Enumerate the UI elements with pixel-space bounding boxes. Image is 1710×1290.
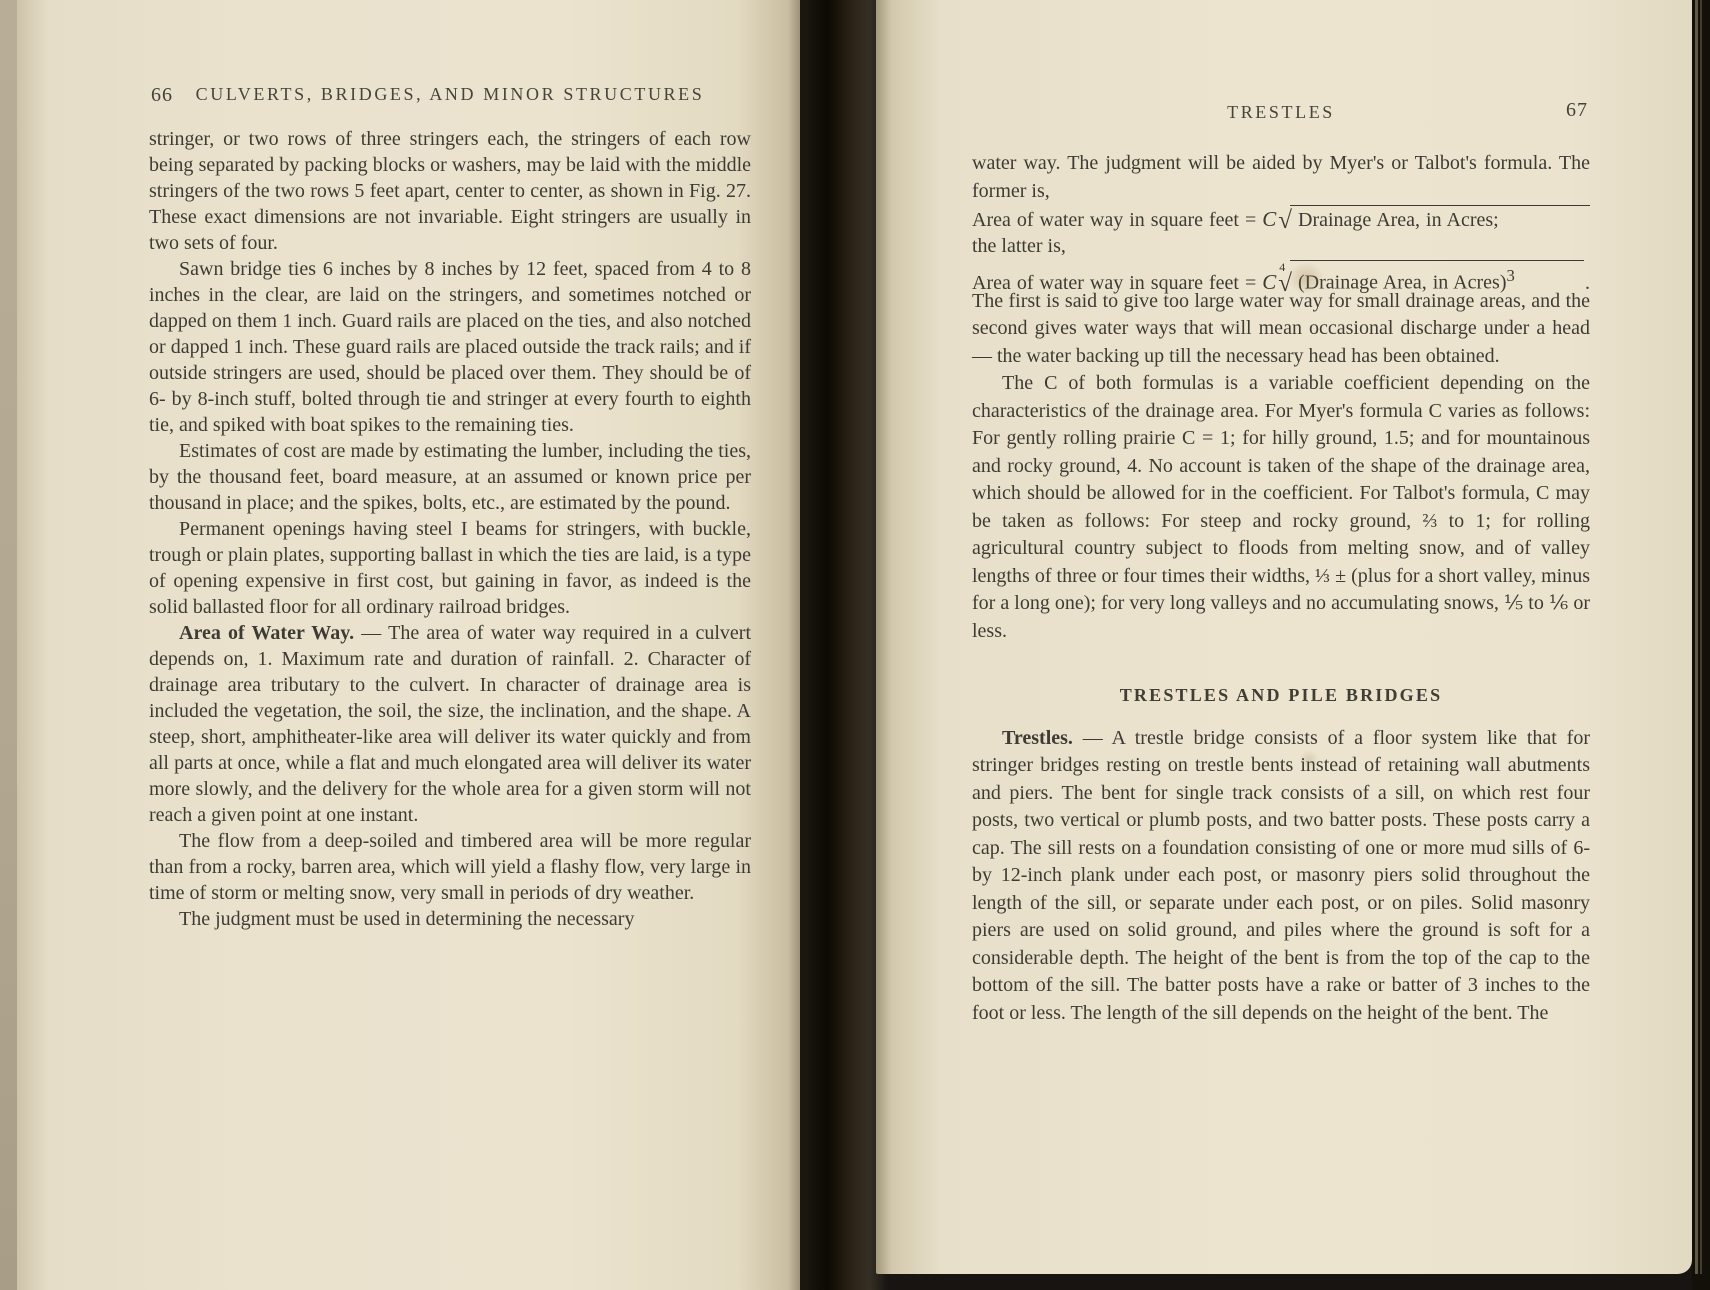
section-heading-trestles: TRESTLES AND PILE BRIDGES xyxy=(972,682,1590,710)
radical-group: 4√ xyxy=(1278,268,1290,298)
book-scan: 66 CULVERTS, BRIDGES, AND MINOR STRUCTUR… xyxy=(0,0,1710,1290)
paragraph-trestles: Trestles. — A trestle bridge consists of… xyxy=(972,725,1590,1028)
running-head-right: TRESTLES 67 xyxy=(972,102,1590,123)
page-edge-line xyxy=(1695,0,1698,1274)
right-scan-edge xyxy=(1692,0,1710,1290)
paragraph-permanent-openings: Permanent openings having steel I beams … xyxy=(149,516,751,620)
paragraph-text: — A trestle bridge consists of a floor s… xyxy=(972,727,1590,1024)
radical-sign: √ xyxy=(1278,207,1292,234)
page-edge-line xyxy=(1700,0,1702,1274)
running-title-right: TRESTLES xyxy=(972,102,1590,123)
running-head-left: 66 CULVERTS, BRIDGES, AND MINOR STRUCTUR… xyxy=(149,84,751,105)
paragraph-flow: The flow from a deep-soiled and timbered… xyxy=(149,828,751,906)
page-67: TRESTLES 67 water way. The judgment will… xyxy=(876,0,1692,1274)
left-scan-edge xyxy=(0,0,17,1290)
paragraph-first-second: The first is said to give too large wate… xyxy=(972,288,1590,371)
paragraph-waterway-intro: water way. The judgment will be aided by… xyxy=(972,150,1590,205)
coefficient-c: C xyxy=(1256,206,1278,234)
running-title-left: CULVERTS, BRIDGES, AND MINOR STRUCTURES xyxy=(149,84,751,105)
paragraph-coefficient: The C of both formulas is a variable coe… xyxy=(972,370,1590,645)
formula-myers: Area of water way in square feet = C√Dra… xyxy=(972,205,1590,233)
exponent: 3 xyxy=(1506,266,1514,285)
radical-group: √ xyxy=(1278,205,1290,235)
page-number-left: 66 xyxy=(151,84,173,107)
paragraph-sawn-ties: Sawn bridge ties 6 inches by 8 inches by… xyxy=(149,256,751,438)
paragraph-stringers: stringer, or two rows of three stringers… xyxy=(149,126,751,256)
paragraph-bold-lead: Area of Water Way. xyxy=(179,622,354,644)
paragraph-estimates: Estimates of cost are made by estimating… xyxy=(149,438,751,516)
paragraph-judgment: The judgment must be used in determining… xyxy=(149,906,751,932)
paragraph-bold-lead: Trestles. xyxy=(1002,727,1073,749)
radicand: Drainage Area, in Acres; xyxy=(1290,205,1590,235)
radical-sign: √ xyxy=(1278,270,1292,297)
paragraph-text: — The area of water way required in a cu… xyxy=(149,622,751,826)
page-66: 66 CULVERTS, BRIDGES, AND MINOR STRUCTUR… xyxy=(17,0,800,1290)
page-67-body: water way. The judgment will be aided by… xyxy=(972,150,1590,1027)
page-66-body: stringer, or two rows of three stringers… xyxy=(149,126,751,932)
page-number-right: 67 xyxy=(1566,99,1588,122)
paragraph-area-of-water-way: Area of Water Way. — The area of water w… xyxy=(149,620,751,828)
formula-lead: Area of water way in square feet = xyxy=(972,207,1256,235)
book-gutter xyxy=(788,0,888,1290)
formula-talbots: Area of water way in square feet = C4√(D… xyxy=(972,260,1590,288)
